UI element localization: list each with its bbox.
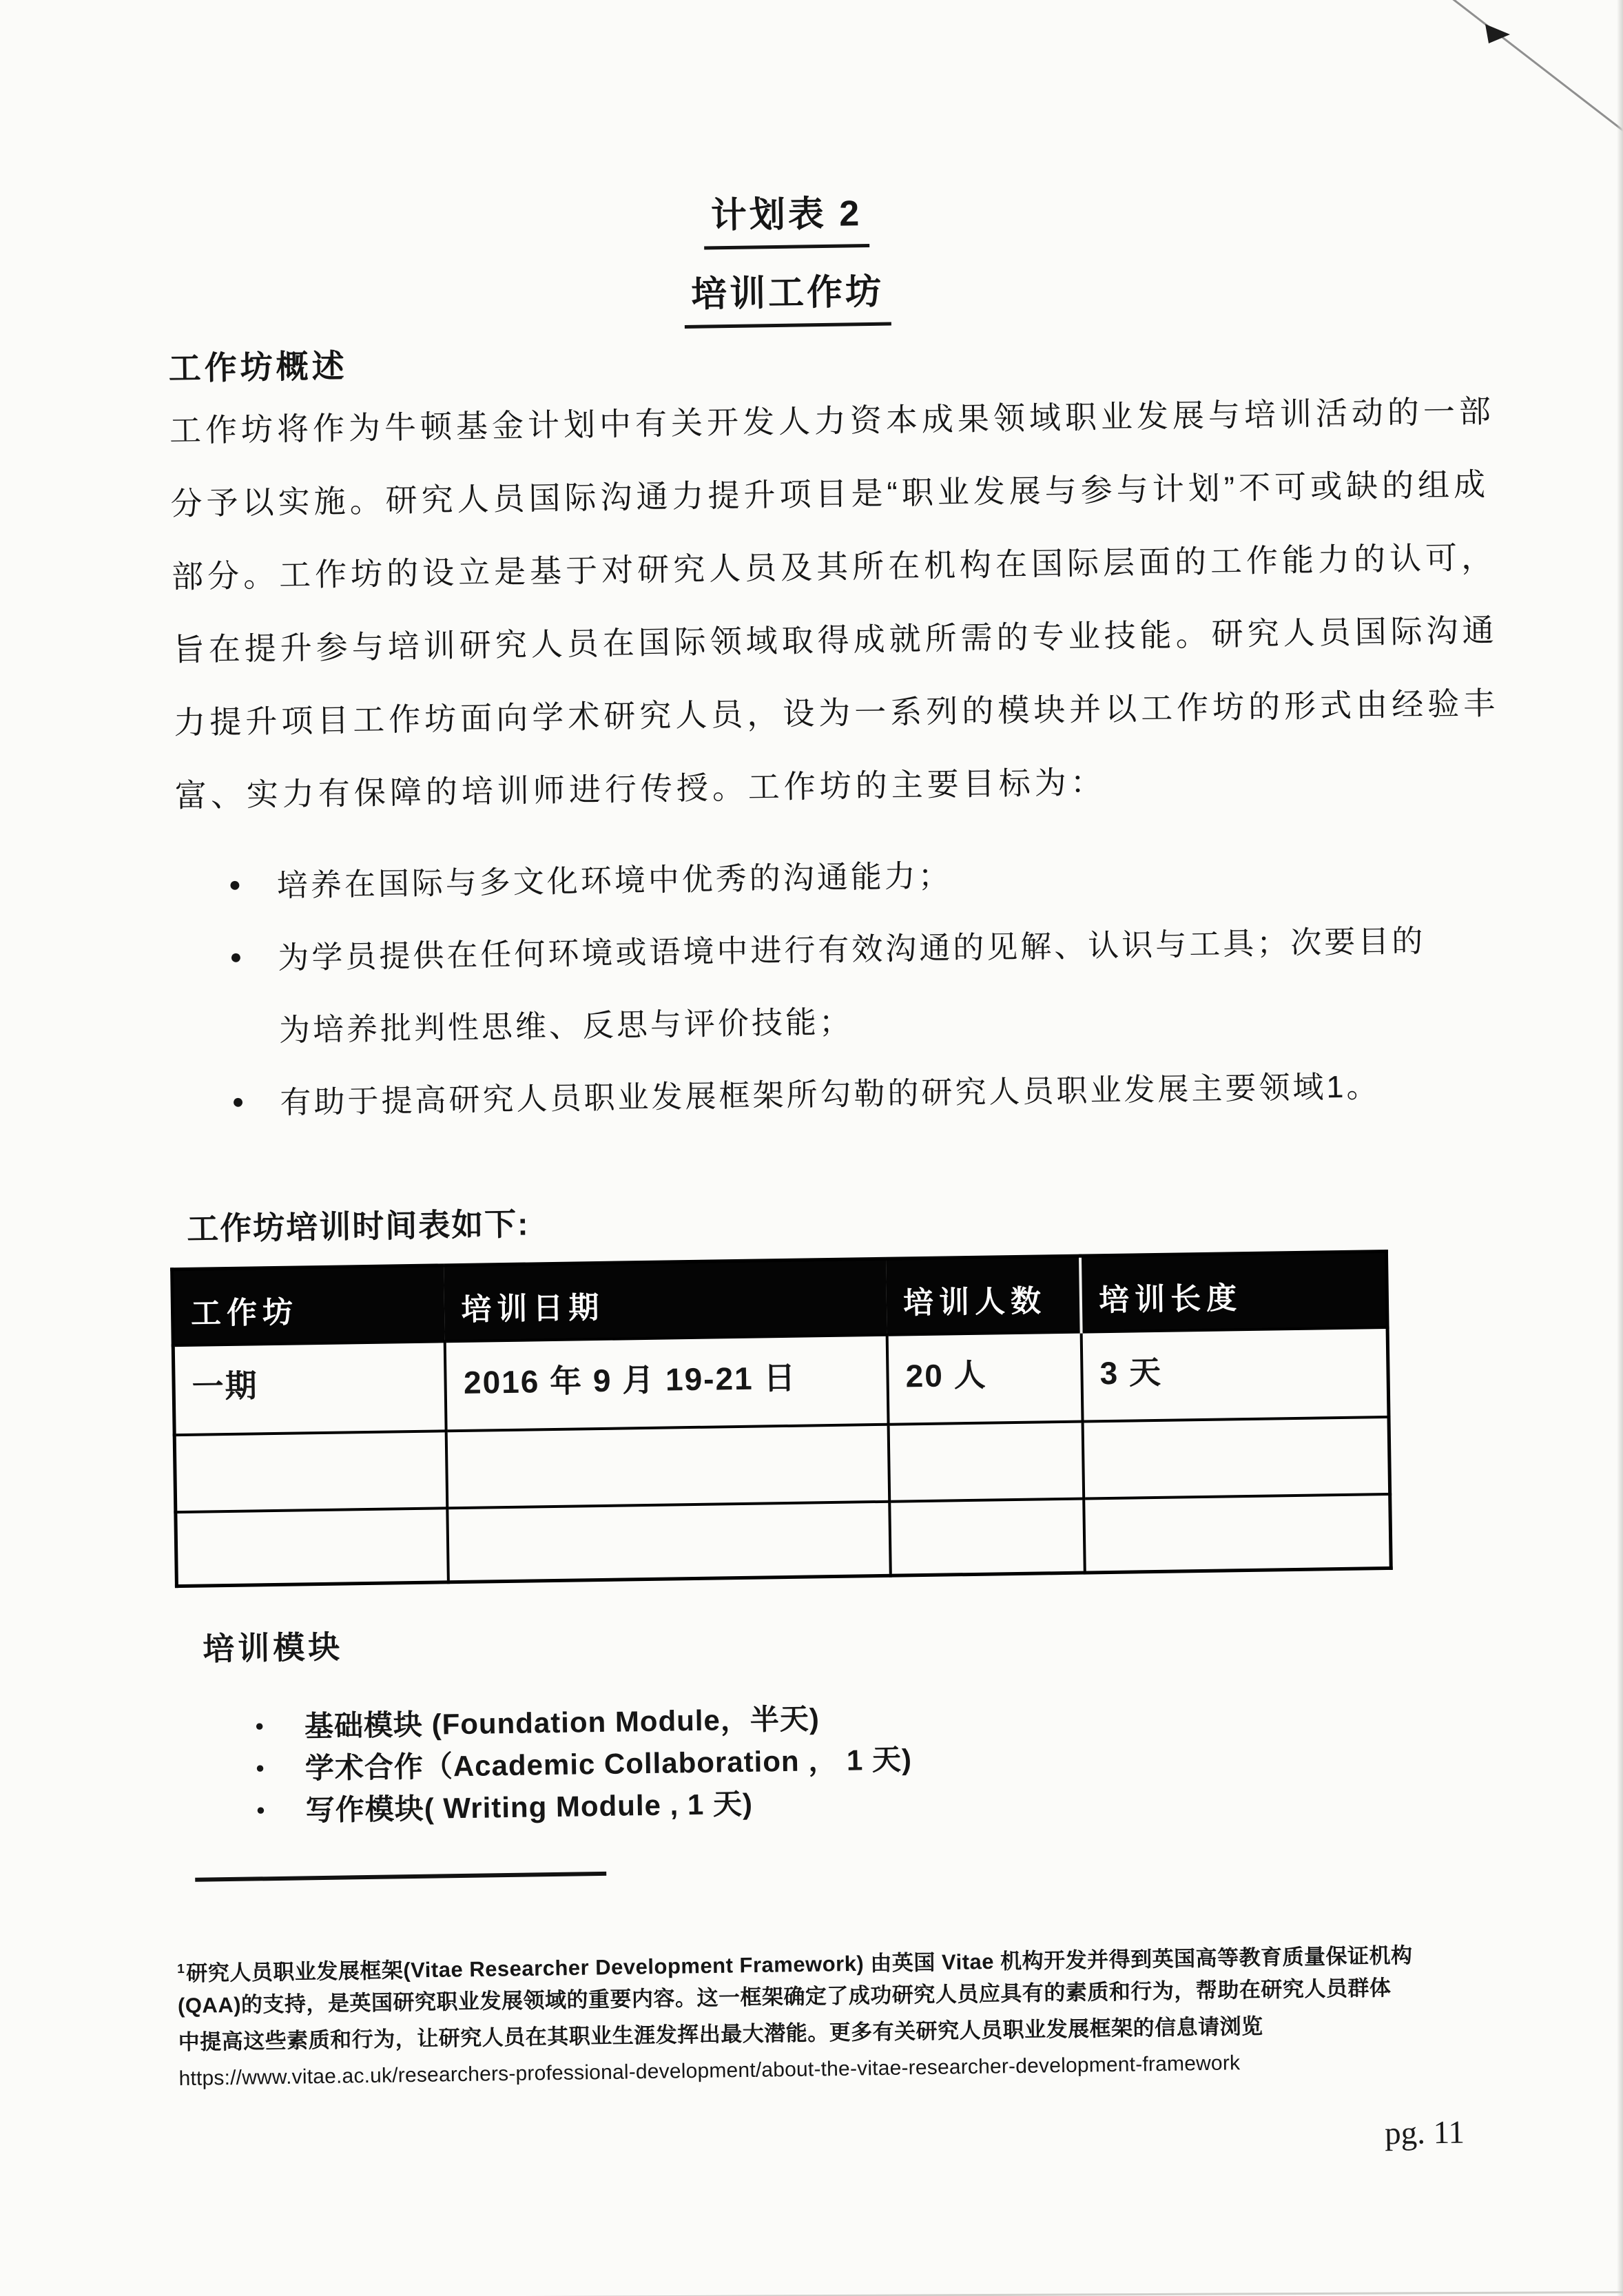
table-cell — [176, 1508, 448, 1586]
table-cell: 2016 年 9 月 19-21 日 — [445, 1334, 889, 1431]
modules-list: ●基础模块 (Foundation Module，半天) ●学术合作（Acade… — [8, 1687, 1525, 1836]
list-item-text: 基础模块 (Foundation Module，半天) — [304, 1702, 820, 1742]
bullet-icon: ● — [231, 1064, 281, 1137]
list-item-text: 写作模块( Writing Module , 1 天) — [305, 1788, 753, 1827]
list-item-text: 为学员提供在任何环境或语境中进行有效沟通的见解、认识与工具；次要目的 — [278, 923, 1426, 975]
table-cell — [448, 1501, 891, 1582]
page-number: pg. 11 — [1385, 2113, 1465, 2152]
scan-edge-bottom — [521, 2291, 1623, 2296]
table-cell — [889, 1498, 1085, 1575]
table-row: 一期 2016 年 9 月 19-21 日 20 人 3 天 — [173, 1327, 1389, 1435]
scan-edge-right — [1617, 0, 1623, 2296]
subtitle-row: 培训工作坊 — [0, 252, 1589, 339]
bullet-icon: ● — [255, 1704, 305, 1747]
table-cell: 一期 — [173, 1341, 446, 1435]
table-cell — [1083, 1416, 1390, 1498]
bullet-icon: ● — [229, 920, 279, 993]
overview-heading: 工作坊概述 — [168, 340, 348, 389]
table-cell — [1084, 1493, 1391, 1573]
bullet-icon: ● — [228, 847, 278, 920]
bullet-icon: ● — [256, 1788, 306, 1831]
footnote-marker: 1 — [177, 1962, 185, 1976]
table-header-cell: 培训长度 — [1080, 1252, 1387, 1332]
schedule-intro: 工作坊培训时间表如下: — [187, 1199, 530, 1249]
footnote: 1研究人员职业发展框架(Vitae Researcher Development… — [177, 1931, 1529, 2097]
table-header-cell: 培训人数 — [886, 1256, 1082, 1334]
title-row: 计划表 2 — [0, 174, 1587, 260]
list-item-text: 学术合作（Academic Collaboration ， 1 天) — [305, 1743, 913, 1784]
table-cell — [446, 1424, 889, 1508]
document-page: 计划表 2 培训工作坊 工作坊概述 工作坊将作为牛顿基金计划中有关开发人力资本成… — [0, 0, 1623, 2296]
list-item-text: 为培养批判性思维、反思与评价技能； — [279, 1004, 854, 1047]
table-cell: 20 人 — [887, 1332, 1083, 1424]
scanned-content: 计划表 2 培训工作坊 工作坊概述 工作坊将作为牛顿基金计划中有关开发人力资本成… — [0, 0, 1623, 2296]
list-item-text: 有助于提高研究人员职业发展框架所勾勒的研究人员职业发展主要领域1。 — [280, 1068, 1381, 1120]
page-title: 计划表 2 — [703, 184, 869, 250]
table-cell — [889, 1421, 1084, 1501]
schedule-table: 工作坊 培训日期 培训人数 培训长度 一期 2016 年 9 月 19-21 日… — [170, 1250, 1393, 1588]
bullet-icon: ● — [255, 1746, 305, 1789]
table-header-cell: 工作坊 — [172, 1265, 445, 1345]
table-cell — [174, 1431, 448, 1512]
table-header-cell: 培训日期 — [444, 1259, 887, 1341]
footnote-separator — [195, 1872, 606, 1882]
page-subtitle: 培训工作坊 — [684, 262, 891, 329]
table-cell: 3 天 — [1082, 1327, 1389, 1422]
overview-paragraph: 工作坊将作为牛顿基金计划中有关开发人力资本成果领域职业发展与培训活动的一部 分予… — [169, 375, 1484, 832]
modules-heading: 培训模块 — [203, 1622, 344, 1670]
goals-list: ●培养在国际与多文化环境中优秀的沟通能力； ●为学员提供在任何环境或语境中进行有… — [0, 831, 1515, 1143]
list-item-text: 培养在国际与多文化环境中优秀的沟通能力； — [276, 858, 952, 903]
